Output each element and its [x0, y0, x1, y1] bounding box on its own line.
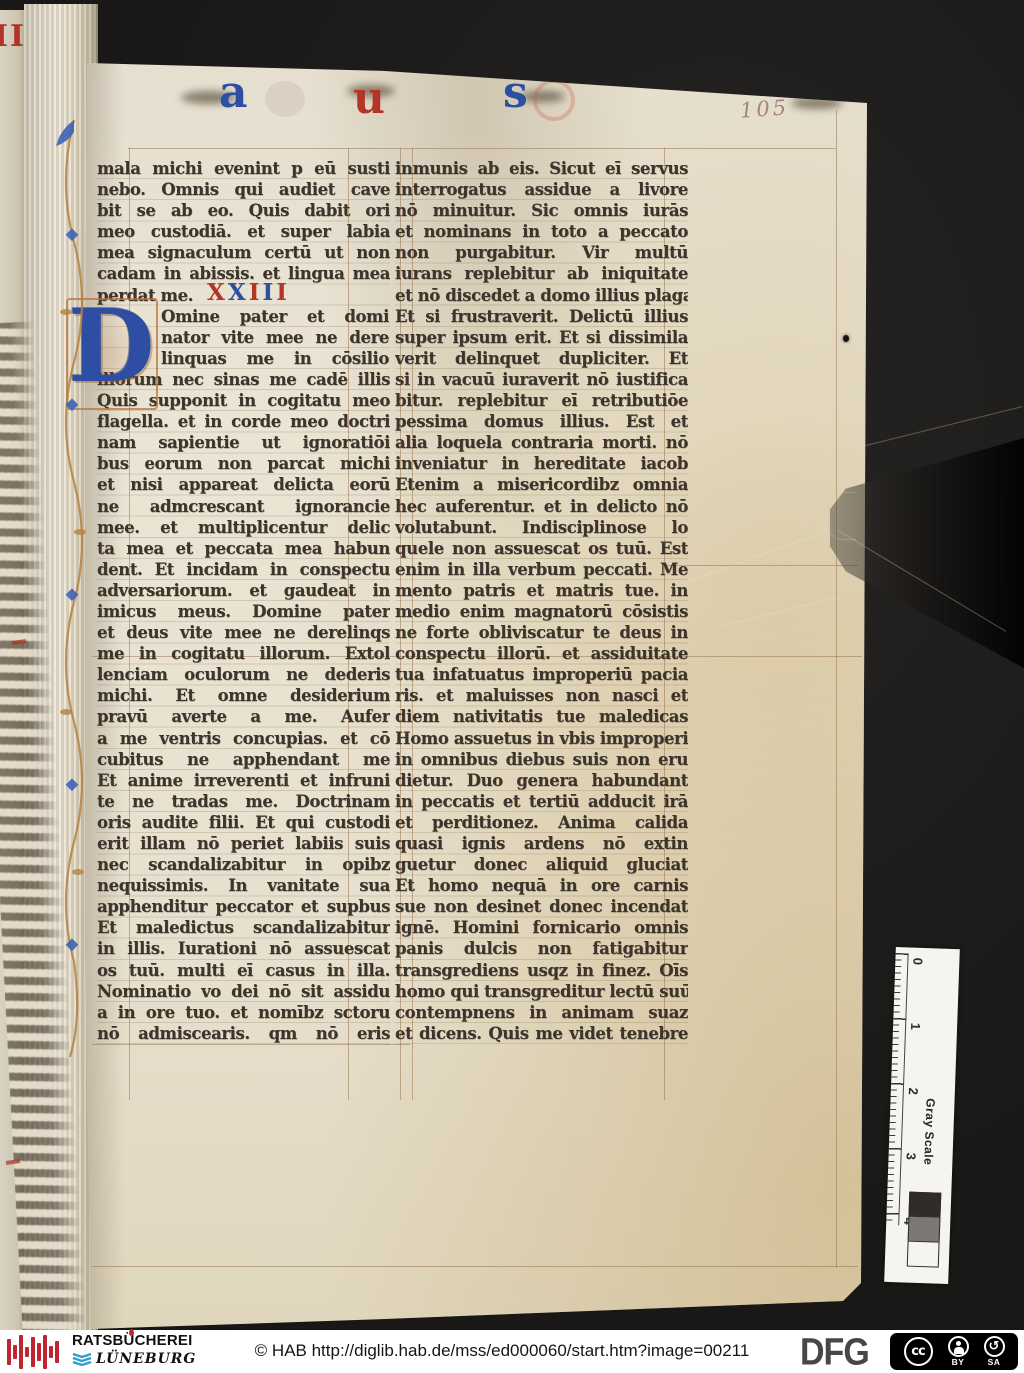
manuscript-text-line: te ne tradas me. Doctrinam — [97, 791, 390, 812]
manuscript-text-line: enim in illa verbum peccati. Me — [395, 559, 688, 580]
manuscript-text-line: ris. et maluisses non nasci et — [395, 685, 688, 706]
manuscript-text-line: dent. Et incidam in conspectu — [97, 559, 390, 580]
running-title-letter: s — [503, 71, 528, 115]
manuscript-text-line: panis dulcis non fatigabitur — [395, 938, 688, 959]
patch-gray — [908, 1216, 941, 1243]
manuscript-text-line: quasi ignis ardens nō extin — [395, 833, 688, 854]
scratch-mark — [690, 526, 841, 582]
patch-white — [907, 1240, 940, 1267]
manuscript-text-line: et deus vite mee ne derelinqs — [97, 622, 390, 643]
dfg-logo: DFG — [800, 1330, 869, 1373]
manuscript-text-line: erit illam nō periet labiis suis — [97, 833, 390, 854]
manuscript-text-line: nebo. Omnis qui audiet cave — [97, 179, 390, 200]
cc-license-badge: cc BY ↺ SA — [888, 1331, 1020, 1372]
manuscript-text-line: Homo assuetus in vbis improperii — [395, 728, 688, 749]
manuscript-text-line: imicus meus. Domine pater — [97, 601, 390, 622]
gray-scale-card: 01234 Gray Scale — [884, 947, 960, 1284]
manuscript-text-line: Et maledictus scandalizabitur — [97, 917, 390, 938]
patch-dark — [908, 1191, 941, 1218]
gray-scale-label: Gray Scale — [922, 1098, 936, 1165]
manuscript-text-line: super ipsum erit. Et si dissimila — [395, 327, 688, 348]
manuscript-text-line: cadam in abissis. et lingua mea — [97, 263, 390, 284]
page-holder-tip — [828, 492, 856, 540]
ruler-numbers: 01234 — [896, 947, 960, 949]
manuscript-text-line: cubitus ne apphendant me — [97, 749, 390, 770]
manuscript-text-line: guetur donec aliquid gluciat — [395, 854, 688, 875]
manuscript-text-line: in illis. Iurationi nō assuescat — [97, 938, 390, 959]
manuscript-text-line: interrogatus assidue a livore — [395, 179, 688, 200]
gray-scale-patches — [907, 1193, 942, 1268]
manuscript-text-line: alia loquela contraria morti. nō — [395, 432, 688, 453]
manuscript-text-line: in peccatis et tertiū adducit irā — [395, 791, 688, 812]
manuscript-text-line: mea signaculum certū ut non — [97, 242, 390, 263]
manuscript-text-line: a in ore tuo. et nomībz sctoru — [97, 1002, 390, 1023]
cc-logo-icon: cc — [904, 1337, 933, 1366]
text-column-right: inmunis ab eis. Sicut eī servusinterroga… — [395, 158, 688, 1044]
manuscript-text-line: inmunis ab eis. Sicut eī servus — [395, 158, 688, 179]
ruling-line-horizontal — [92, 1266, 858, 1267]
photo-stage: II aus 105 XXIII mala michi evenint p eū… — [0, 0, 1024, 1373]
manuscript-text-line: lenciam oculorum ne dederis — [97, 664, 390, 685]
manuscript-text-line: ta mea et peccata mea habun — [97, 538, 390, 559]
manuscript-text-line: conspectu illorū. et assiduitate — [395, 643, 688, 664]
manuscript-text-line: hec auferentur. et in delicto nō — [395, 496, 688, 517]
manuscript-text-line: Nominatio vo dei nō sit assidu — [97, 981, 390, 1002]
ruling-line-horizontal — [128, 148, 836, 149]
manuscript-text-line: nō minuitur. Sic omnis iurās — [395, 200, 688, 221]
manuscript-text-line: apphenditur peccator et supbus — [97, 896, 390, 917]
manuscript-text-line: et dicens. Quis me videt tenebre — [395, 1023, 688, 1044]
manuscript-text-line: mala michi evenint p eū susti — [97, 158, 390, 179]
manuscript-text-line: et nisi appareat delicta eorū — [97, 474, 390, 495]
running-title-letter: u — [353, 77, 385, 121]
manuscript-text-line: nequissimis. In vanitate sua — [97, 875, 390, 896]
manuscript-text-line: ignē. Homini fornicario omnis — [395, 917, 688, 938]
manuscript-page: aus 105 XXIII mala michi evenint p eū su… — [85, 55, 868, 1332]
manuscript-text-line: linquas me in cōsilio — [161, 348, 389, 369]
scratch-mark — [723, 596, 840, 626]
manuscript-text-line: bitur. replebitur eī retributiōe — [395, 390, 688, 411]
cc-sa-icon: ↺ — [984, 1336, 1005, 1357]
ruling-line-horizontal — [92, 1044, 410, 1045]
manuscript-text-line: ne forte obliviscatur te deus in — [395, 622, 688, 643]
library-red-drop-icon — [129, 1329, 134, 1336]
manuscript-text-line: et nominans in toto a peccato — [395, 221, 688, 242]
manuscript-text-line: medio enim magnatorū cōsistis — [395, 601, 688, 622]
ruler-number: 1 — [908, 1022, 922, 1036]
manuscript-text-line: pessima domus illius. Est et — [395, 411, 688, 432]
manuscript-text-line: sue non desinet donec incendat — [395, 896, 688, 917]
page-holder-edge-highlight — [838, 406, 1023, 453]
manuscript-text-line: et nō discedet a domo illius plaga — [395, 285, 688, 306]
manuscript-text-line: nō admiscearis. qm nō eris — [97, 1023, 390, 1044]
running-title-letter: a — [219, 71, 248, 115]
ruling-line-vertical — [836, 110, 837, 1268]
ruler-number: 2 — [905, 1087, 919, 1101]
manuscript-text-line: nator vite mee ne dere — [161, 327, 389, 348]
manuscript-text-line: oris audite filii. Et qui custodi — [97, 812, 390, 833]
manuscript-text-line: Et anime irreverenti et infruni — [97, 770, 390, 791]
manuscript-text-line: iurans replebitur ab iniquitate — [395, 263, 688, 284]
manuscript-text-line: quele non assuescat os tuū. Est — [395, 538, 688, 559]
manuscript-text-line: diem nativitatis tue maledicas — [395, 706, 688, 727]
manuscript-text-line: nec scandalizabitur in opibz — [97, 854, 390, 875]
cc-by-label: BY — [952, 1358, 965, 1367]
cc-by-icon — [948, 1336, 969, 1357]
manuscript-text-line: tua infatuatus improperiū pacia — [395, 664, 688, 685]
manuscript-text-line: transgrediens usqz in finez. Oīs — [395, 960, 688, 981]
manuscript-text-line: flagella. et in corde meo doctri — [97, 411, 390, 432]
manuscript-text-line: adversariorum. et gaudeat in — [97, 580, 390, 601]
previous-page-numeral: II — [0, 22, 26, 52]
manuscript-text-line: pravū averte a me. Aufer — [97, 706, 390, 727]
manuscript-text-line: homo qui transgreditur lectū suū — [395, 981, 688, 1002]
manuscript-text-line: meo custodiā. et super labia — [97, 221, 390, 242]
manuscript-text-line: inveniatur in hereditate iacob — [395, 453, 688, 474]
manuscript-text-line: ne admcrescant ignorancie — [97, 496, 390, 517]
manuscript-text-line: contempnens in animam suaz — [395, 1002, 688, 1023]
offset-ghost-blot — [265, 81, 305, 117]
manuscript-text-line: et perditionez. Anima calida — [395, 812, 688, 833]
manuscript-text-line: me in cogitatu illorum. Extol — [97, 643, 390, 664]
parchment-hole — [843, 335, 849, 342]
cc-sa-label: SA — [988, 1358, 1001, 1367]
folio-number: 105 — [739, 97, 789, 121]
manuscript-text-line: os tuū. multi eī casus in illa. — [97, 960, 390, 981]
manuscript-text-line: Et si frustraverit. Delictū illius — [395, 306, 688, 327]
footer-bar: RATSBÜCHEREI LÜNEBURG © HAB http://digli… — [0, 1330, 1024, 1373]
manuscript-text-line: Omine pater et domi — [161, 306, 389, 327]
manuscript-text-line: bus eorum non parcat michi — [97, 453, 390, 474]
offset-ghost-ring — [533, 79, 575, 121]
manuscript-text-line: volutabunt. Indisciplinose lo — [395, 517, 688, 538]
manuscript-text-line: michi. Et omne desiderium — [97, 685, 390, 706]
ruler-number: 3 — [903, 1152, 917, 1166]
manuscript-text-line: in omnibus diebus suis non eru — [395, 749, 688, 770]
margin-flourish-icon — [52, 112, 92, 1062]
manuscript-text-line: Et homo nequā in ore carnis — [395, 875, 688, 896]
manuscript-text-line: non purgabitur. Vir multū — [395, 242, 688, 263]
manuscript-text-line: verit delinquet dupliciter. Et — [395, 348, 688, 369]
manuscript-text-line: Etenim a misericordibz omnia — [395, 474, 688, 495]
manuscript-text-line: a me ventris concupias. et cō — [97, 728, 390, 749]
manuscript-text-line: mee. et multiplicentur delic — [97, 517, 390, 538]
manuscript-text-line: si in vacuū iuraverit nō iustifica — [395, 369, 688, 390]
manuscript-text-line: mento patris et matris tue. in — [395, 580, 688, 601]
ruling-line-horizontal — [664, 565, 858, 566]
ruler-number: 0 — [910, 958, 924, 972]
manuscript-text-line: bit se ab eo. Quis dabit ori — [97, 200, 390, 221]
manuscript-text-line: nam sapientie ut ignoratiōi — [97, 432, 390, 453]
manuscript-text-line: dietur. Duo genera habundant — [395, 770, 688, 791]
